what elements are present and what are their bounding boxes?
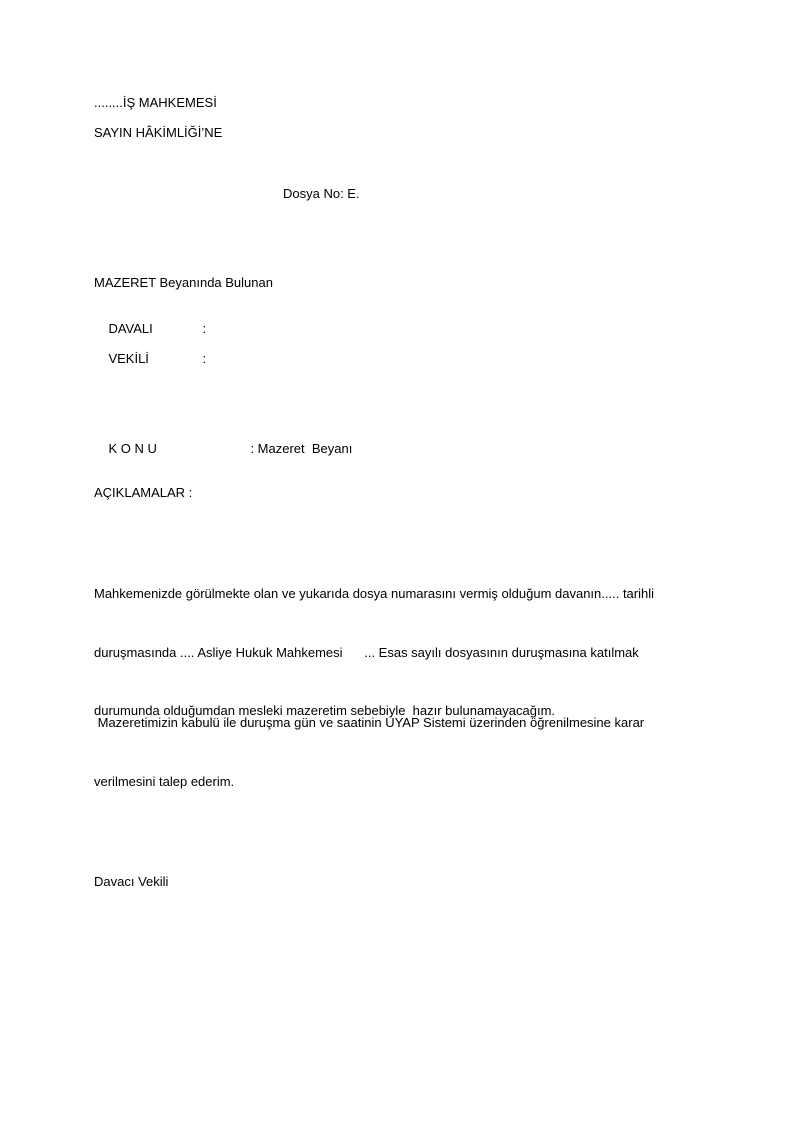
paragraph-line: verilmesini talep ederim. bbox=[94, 772, 704, 792]
addressee: SAYIN HÂKİMLİĞİ’NE bbox=[94, 125, 222, 141]
court-name: ........İŞ MAHKEMESİ bbox=[94, 95, 217, 111]
file-number: Dosya No: E. bbox=[283, 186, 360, 202]
parties-title: MAZERET Beyanında Bulunan bbox=[94, 275, 273, 291]
subject-row: K O N U: Mazeret Beyanı bbox=[94, 425, 352, 473]
attorney-value: : bbox=[202, 351, 206, 366]
explanation-paragraph-2: Mazeretimizin kabulü ile duruşma gün ve … bbox=[94, 674, 704, 830]
subject-label: K O N U bbox=[108, 441, 250, 457]
attorney-label: VEKİLİ bbox=[108, 351, 202, 367]
subject-value: : Mazeret Beyanı bbox=[250, 441, 352, 456]
attorney-row: VEKİLİ: bbox=[94, 335, 206, 383]
paragraph-line: Mahkemenizde görülmekte olan ve yukarıda… bbox=[94, 584, 704, 604]
explanations-heading: AÇIKLAMALAR : bbox=[94, 485, 192, 501]
paragraph-line: Mazeretimizin kabulü ile duruşma gün ve … bbox=[94, 713, 704, 733]
defendant-value: : bbox=[202, 321, 206, 336]
paragraph-line: duruşmasında .... Asliye Hukuk Mahkemesi… bbox=[94, 643, 704, 663]
signature: Davacı Vekili bbox=[94, 874, 168, 890]
